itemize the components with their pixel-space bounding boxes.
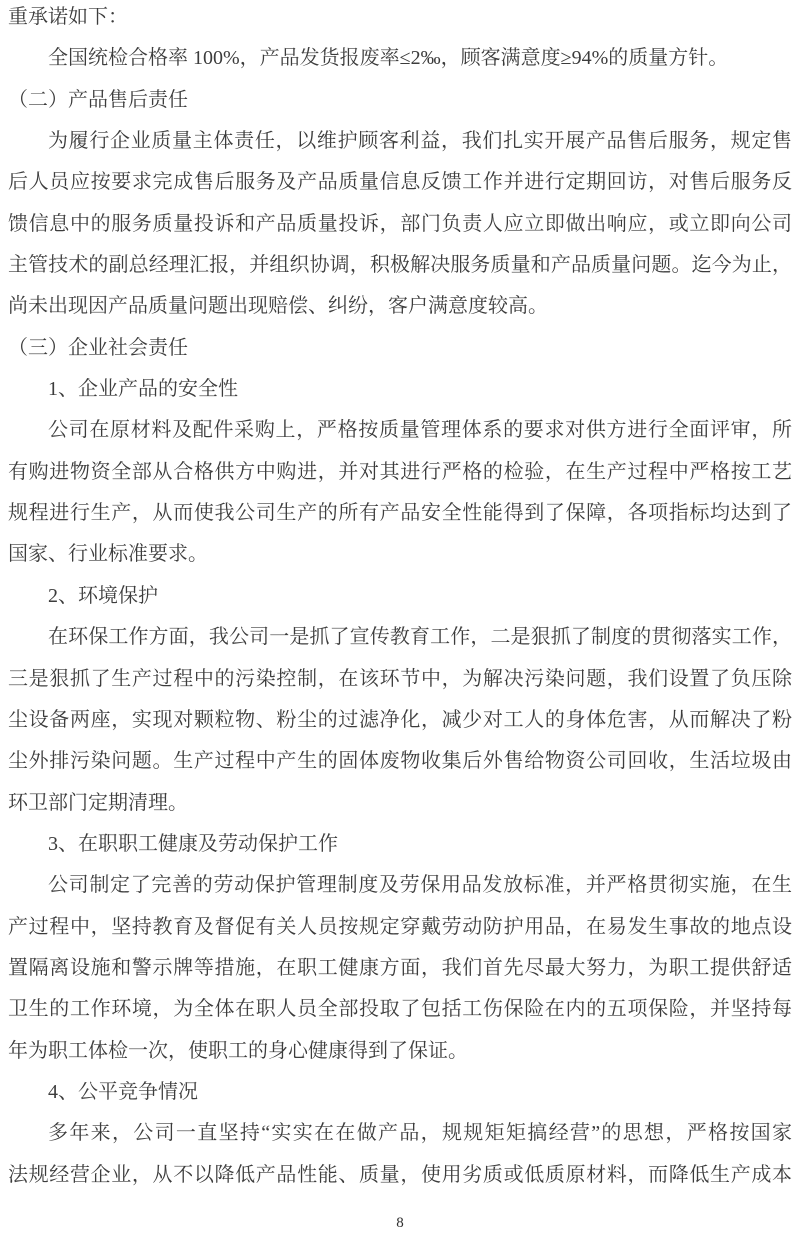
paragraph-line: 年为职工体检一次，使职工的身心健康得到了保证。	[8, 1031, 792, 1072]
paragraph-line: 卫生的工作环境，为全体在职人员全部投取了包括工伤保险在内的五项保险，并坚持每	[8, 989, 792, 1030]
paragraph-line: 多年来，公司一直坚持“实实在在做产品，规规矩矩搞经营”的思想，严格按国家	[8, 1113, 792, 1154]
section-heading: （三）企业社会责任	[8, 328, 792, 369]
paragraph-line: 重承诺如下：	[8, 0, 792, 38]
paragraph-line: 为履行企业质量主体责任，以维护顾客利益，我们扎实开展产品售后服务，规定售	[8, 121, 792, 162]
paragraph-line: 三是狠抓了生产过程中的污染控制，在该环节中，为解决污染问题，我们设置了负压除	[8, 659, 792, 700]
document-page: 重承诺如下：全国统检合格率 100%，产品发货报废率≤2‰，顾客满意度≥94%的…	[0, 0, 800, 1243]
paragraph-line: 规程进行生产，从而使我公司生产的所有产品安全性能得到了保障，各项指标均达到了	[8, 493, 792, 534]
paragraph-line: 尘外排污染问题。生产过程中产生的固体废物收集后外售给物资公司回收，生活垃圾由	[8, 741, 792, 782]
paragraph-line: 全国统检合格率 100%，产品发货报废率≤2‰，顾客满意度≥94%的质量方针。	[8, 38, 792, 79]
paragraph-line: 馈信息中的服务质量投诉和产品质量投诉，部门负责人应立即做出响应，或立即向公司	[8, 204, 792, 245]
sub-heading: 2、环境保护	[8, 576, 792, 617]
paragraph-line: 后人员应按要求完成售后服务及产品质量信息反馈工作并进行定期回访，对售后服务反	[8, 162, 792, 203]
paragraph-line: 产过程中，坚持教育及督促有关人员按规定穿戴劳动防护用品，在易发生事故的地点设	[8, 907, 792, 948]
sub-heading: 4、公平竞争情况	[8, 1072, 792, 1113]
paragraph-line: 国家、行业标准要求。	[8, 534, 792, 575]
paragraph-line: 环卫部门定期清理。	[8, 783, 792, 824]
paragraph-line: 主管技术的副总经理汇报，并组织协调，积极解决服务质量和产品质量问题。迄今为止，	[8, 245, 792, 286]
paragraph-line: 有购进物资全部从合格供方中购进，并对其进行严格的检验，在生产过程中严格按工艺	[8, 452, 792, 493]
paragraph-line: 置隔离设施和警示牌等措施，在职工健康方面，我们首先尽最大努力，为职工提供舒适	[8, 948, 792, 989]
page-footer: 8	[0, 1209, 800, 1237]
paragraph-line: 尘设备两座，实现对颗粒物、粉尘的过滤净化，减少对工人的身体危害，从而解决了粉	[8, 700, 792, 741]
paragraph-line: 尚未出现因产品质量问题出现赔偿、纠纷，客户满意度较高。	[8, 286, 792, 327]
sub-heading: 1、企业产品的安全性	[8, 369, 792, 410]
page-number: 8	[396, 1215, 404, 1231]
paragraph-line: 公司制定了完善的劳动保护管理制度及劳保用品发放标准，并严格贯彻实施，在生	[8, 865, 792, 906]
paragraph-line: 法规经营企业，从不以降低产品性能、质量，使用劣质或低质原材料，而降低生产成本	[8, 1155, 792, 1196]
paragraph-line: 在环保工作方面，我公司一是抓了宣传教育工作，二是狠抓了制度的贯彻落实工作，	[8, 617, 792, 658]
document-body: 重承诺如下：全国统检合格率 100%，产品发货报废率≤2‰，顾客满意度≥94%的…	[0, 0, 800, 1196]
paragraph-line: 公司在原材料及配件采购上，严格按质量管理体系的要求对供方进行全面评审，所	[8, 410, 792, 451]
section-heading: （二）产品售后责任	[8, 80, 792, 121]
sub-heading: 3、在职职工健康及劳动保护工作	[8, 824, 792, 865]
